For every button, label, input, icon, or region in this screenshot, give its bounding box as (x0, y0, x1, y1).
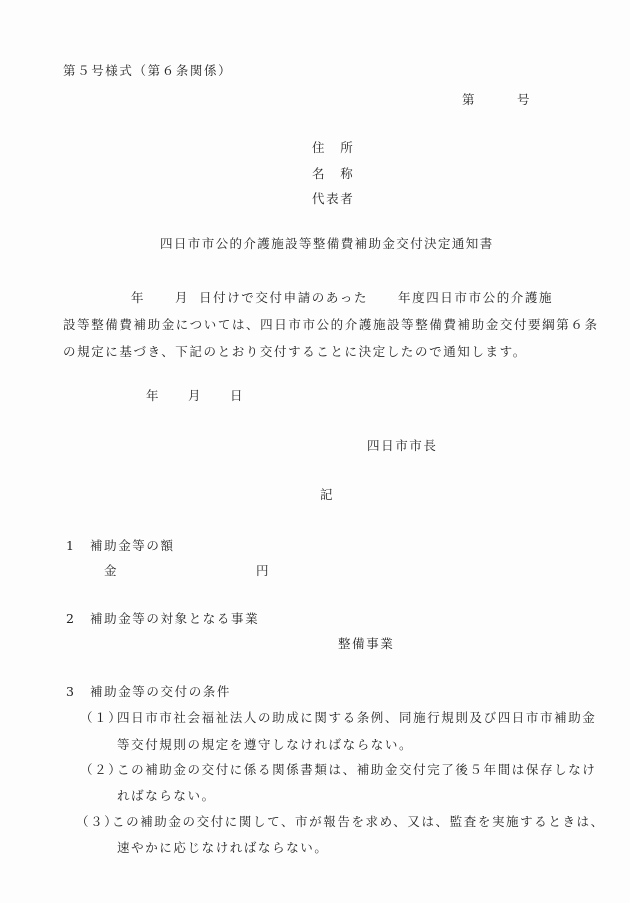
condition-2-line1: この補助金の交付に係る関係書類は、補助金交付完了後５年間は保存しなけ (117, 762, 596, 778)
document-number-prefix: 第 (462, 92, 476, 108)
body-year: 年 (131, 290, 145, 306)
address-label: 住 所 (312, 140, 354, 156)
item-3-number: 3 (66, 684, 76, 700)
condition-1-line2: 等交付規則の規定を遵守しなければならない。 (117, 737, 413, 753)
item-1-heading: 補助金等の額 (90, 538, 175, 554)
project-suffix: 整備事業 (338, 636, 394, 652)
condition-2-line2: ればならない。 (117, 788, 216, 804)
item-2-heading: 補助金等の対象となる事業 (90, 611, 259, 627)
condition-1-label: （１） (80, 710, 122, 726)
form-label: 第５号様式（第６条関係） (63, 63, 232, 79)
condition-2-label: （２） (80, 762, 122, 778)
amount-prefix: 金 (104, 563, 118, 579)
condition-3-line1: この補助金の交付に関して、市が報告を求め、又は、監査を実施するときは、 (112, 814, 605, 830)
body-line3: の規定に基づき、下記のとおり交付することに決定したので通知します。 (63, 344, 527, 360)
issuer: 四日市市長 (367, 438, 438, 454)
date-month: 月 (188, 388, 202, 404)
document-title: 四日市市公的介護施設等整備費補助金交付決定通知書 (160, 236, 494, 252)
document-number-suffix: 号 (517, 92, 531, 108)
item-3-heading: 補助金等の交付の条件 (90, 684, 231, 700)
ki-heading: 記 (320, 487, 334, 503)
body-line1-text: 日付けで交付申請のあった (199, 290, 368, 306)
condition-3-line2: 速やかに応じなければならない。 (117, 840, 329, 856)
item-1-number: 1 (66, 538, 76, 554)
body-line2: 設等整備費補助金については、四日市市公的介護施設等整備費補助金交付要綱第６条 (63, 317, 599, 333)
body-line1-tail: 年度四日市市公的介護施 (398, 290, 553, 306)
name-label: 名 称 (312, 166, 354, 182)
body-month: 月 (175, 290, 189, 306)
date-day: 日 (230, 388, 244, 404)
amount-suffix: 円 (256, 563, 270, 579)
representative-label: 代表者 (312, 191, 354, 207)
condition-1-line1: 四日市市社会福祉法人の助成に関する条例、同施行規則及び四日市市補助金 (117, 710, 596, 726)
date-year: 年 (146, 388, 160, 404)
item-2-number: 2 (66, 611, 76, 627)
